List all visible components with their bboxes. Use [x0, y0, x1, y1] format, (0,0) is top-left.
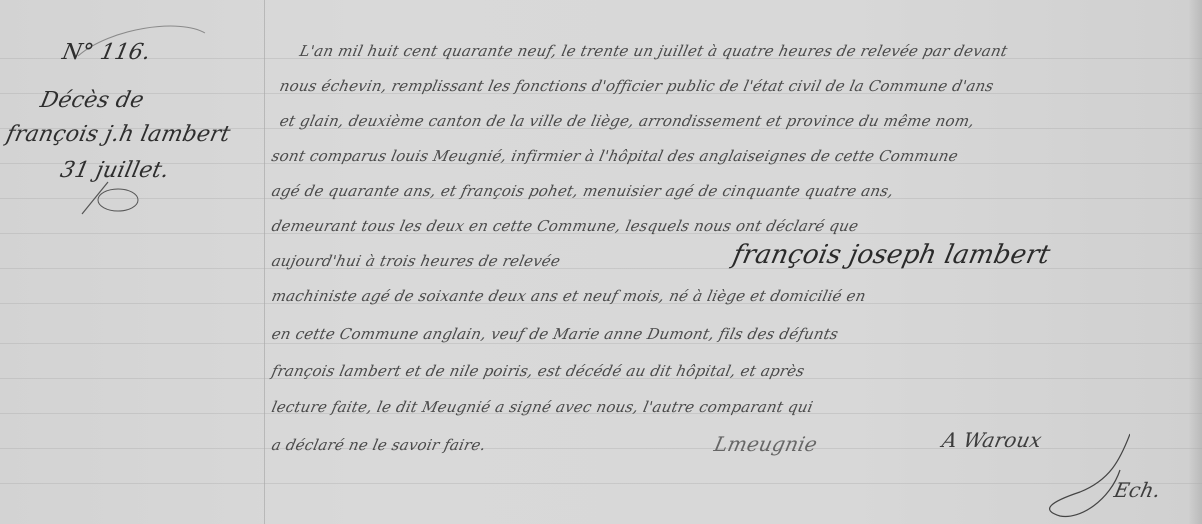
document-page: N° 116. Décès de françois j.h lambert 31…	[0, 0, 1202, 524]
record-line-11: lecture faite, le dit Meugnié a signé av…	[270, 398, 815, 416]
margin-rule	[264, 0, 265, 524]
record-line-12: a déclaré ne le savoir faire.	[270, 436, 488, 454]
deceased-name: françois joseph lambert	[730, 240, 1053, 270]
record-line-7: aujourd'hui à trois heures de relevée	[270, 252, 562, 270]
officer-title: Ech.	[1112, 478, 1163, 502]
page-edge-shadow	[1188, 0, 1202, 524]
record-number: N° 116.	[60, 40, 153, 65]
margin-name: françois j.h lambert	[4, 122, 233, 147]
ruled-line	[0, 343, 1202, 344]
record-line-6: demeurant tous les deux en cette Commune…	[270, 217, 860, 235]
record-line-8: machiniste agé de soixante deux ans et n…	[270, 287, 868, 305]
record-line-3: et glain, deuxième canton de la ville de…	[278, 112, 976, 130]
record-line-1: L'an mil huit cent quarante neuf, le tre…	[298, 42, 1009, 60]
margin-title: Décès de	[38, 88, 146, 113]
witness-signature: Lmeugnie	[712, 432, 820, 456]
record-line-2: nous échevin, remplissant les fonctions …	[278, 77, 995, 95]
record-line-9: en cette Commune anglain, veuf de Marie …	[270, 325, 840, 343]
record-line-4: sont comparus louis Meugnié, infirmier à…	[270, 147, 960, 165]
date-flourish	[78, 178, 148, 218]
record-line-10: françois lambert et de nile poiris, est …	[270, 362, 806, 380]
record-line-5: agé de quarante ans, et françois pohet, …	[270, 182, 895, 200]
signature-flourish	[1020, 430, 1130, 520]
